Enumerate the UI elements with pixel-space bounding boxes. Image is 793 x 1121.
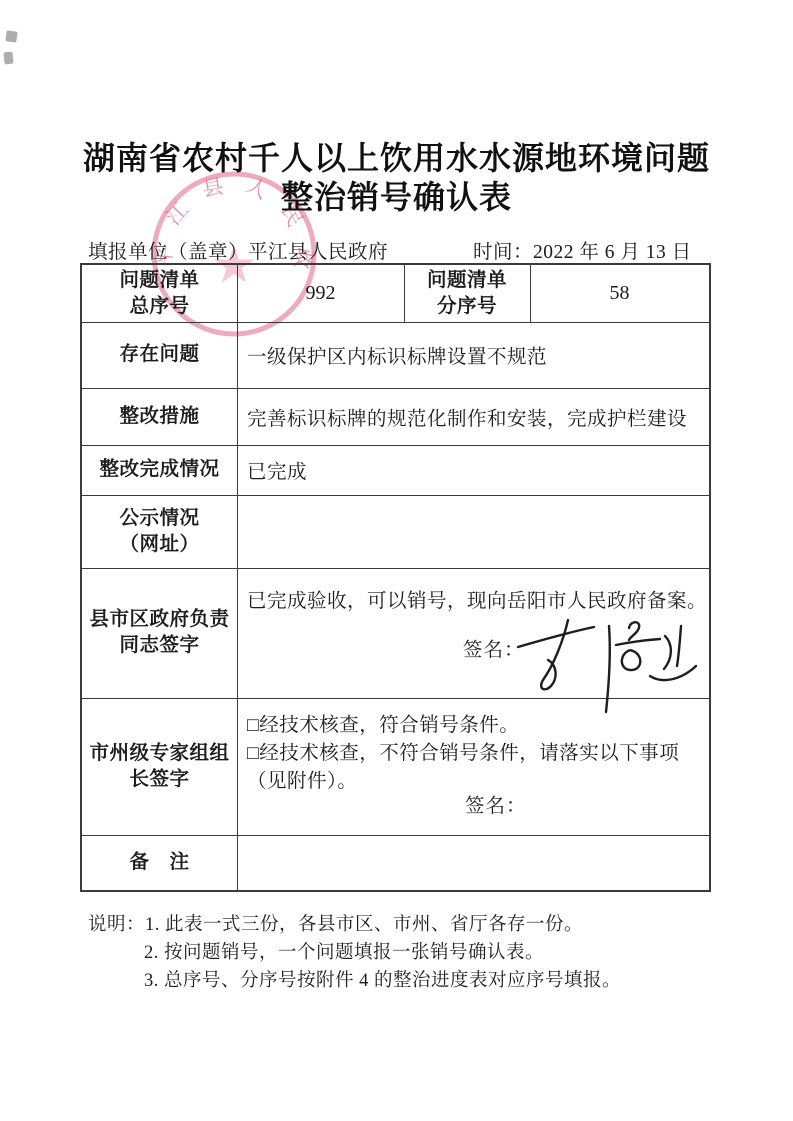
notes-block: 说明： 1. 此表一式三份，各县市区、市州、省厅各存一份。 2. 按问题销号，一… [88, 911, 621, 995]
note-item: 1. 此表一式三份，各县市区、市州、省厅各存一份。 [145, 911, 583, 939]
checkbox-icon[interactable]: □ [247, 743, 259, 764]
checkbox-icon[interactable]: □ [247, 715, 259, 736]
note-item: 3. 总序号、分序号按附件 4 的整治进度表对应序号填报。 [144, 967, 621, 995]
field-value-existing-problem: 一级保护区内标识标牌设置不规范 [237, 322, 709, 388]
signature-label: 签名： [465, 790, 527, 818]
field-label-publicity: 公示情况 （网址） [82, 495, 237, 568]
field-value-remarks [237, 835, 709, 890]
scanned-form-page: 平江县人民政府 湖南省农村千人以上饮用水水源地环境问题 整治销号确认表 填报单位… [0, 0, 793, 1121]
field-label-line: 问题清单 [427, 268, 507, 294]
field-label-rectification-measures: 整改措施 [82, 388, 237, 445]
notes-prefix: 说明： [88, 911, 145, 939]
field-label-completion-status: 整改完成情况 [82, 445, 237, 495]
field-label-line: 总序号 [129, 294, 189, 320]
report-time-label: 时间：2022 年 6 月 13 日 [473, 236, 692, 264]
page-title-line1: 湖南省农村千人以上饮用水水源地环境问题 [0, 139, 793, 178]
note-item: 2. 按问题销号，一个问题填报一张销号确认表。 [144, 939, 621, 967]
expert-option-fail: 经技术核查，不符合销号条件，请落实以下事项（见附件）。 [247, 743, 679, 792]
scan-speck [5, 30, 17, 42]
field-value-total-serial: 992 [237, 265, 404, 322]
expert-option-pass: 经技术核查，符合销号条件。 [259, 715, 519, 736]
field-value-county-signature: 已完成验收，可以销号，现向岳阳市人民政府备案。 签名： [237, 568, 709, 698]
scan-speck [3, 52, 13, 65]
page-title-line2: 整治销号确认表 [0, 178, 793, 217]
reporting-unit-label: 填报单位（盖章）平江县人民政府 [88, 236, 388, 264]
field-label-existing-problem: 存在问题 [82, 322, 237, 388]
field-label-line: 问题清单 [119, 268, 199, 294]
field-value-rectification-measures: 完善标识标牌的规范化制作和安装，完成护栏建设 [237, 388, 709, 445]
field-label-line: 公示情况 [119, 506, 199, 532]
page-title: 湖南省农村千人以上饮用水水源地环境问题 整治销号确认表 [0, 139, 793, 217]
field-label-total-serial: 问题清单 总序号 [82, 265, 237, 322]
field-label-line: 长签字 [129, 767, 189, 793]
signature-label: 签名： [463, 634, 525, 662]
field-label-line: 市州级专家组组 [89, 741, 229, 767]
field-value-completion-status: 已完成 [237, 445, 709, 495]
field-label-line: 县市区政府负责 [89, 607, 229, 633]
field-value-expert-signature: □经技术核查，符合销号条件。 □经技术核查，不符合销号条件，请落实以下事项（见附… [237, 698, 709, 835]
field-value-sub-serial: 58 [530, 265, 709, 322]
confirmation-table: 问题清单 总序号 992 问题清单 分序号 58 存在问题 一级保护区内标识标牌… [80, 263, 711, 892]
field-value-publicity [237, 495, 709, 568]
field-label-sub-serial: 问题清单 分序号 [404, 265, 530, 322]
county-approval-statement: 已完成验收，可以销号，现向岳阳市人民政府备案。 [247, 588, 709, 616]
field-label-line: 同志签字 [119, 633, 199, 659]
field-label-remarks: 备 注 [82, 835, 237, 890]
field-label-line: （网址） [119, 532, 199, 558]
field-label-county-signature: 县市区政府负责 同志签字 [82, 568, 237, 698]
field-label-expert-signature: 市州级专家组组 长签字 [82, 698, 237, 835]
field-label-line: 分序号 [437, 294, 497, 320]
